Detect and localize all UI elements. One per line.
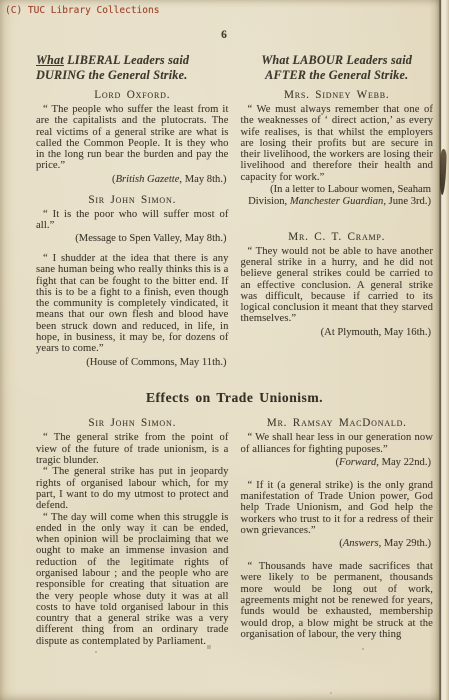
- quote-macdonald-3: “ Thousands have made sacrifices that we…: [241, 561, 434, 640]
- attribution-british-gazette: (British Gazette, May 8th.): [36, 174, 227, 186]
- quote-cramp: “ They would not be able to have another…: [241, 246, 434, 325]
- liberal-heading: What LIBERAL Leaders said DURING the Gen…: [36, 53, 229, 82]
- attribution-spen-valley: (Message to Spen Valley, May 8th.): [36, 233, 227, 245]
- liberal-heading-line2: DURING the General Strike.: [36, 68, 229, 83]
- column-effects-simon: Sir John Simon. “ The general strike fro…: [36, 414, 229, 647]
- column-effects-macdonald: Mr. Ramsay MacDonald. “ We shall hear le…: [241, 414, 434, 640]
- attribution-house-of-commons: (House of Commons, May 11th.): [36, 357, 227, 369]
- quote-macdonald-1: “ We shall hear less in our generation n…: [241, 432, 434, 455]
- quote-simon-2: “ I shudder at the idea that there is an…: [36, 253, 229, 355]
- attribution-answers: (Answers, May 29th.): [241, 538, 432, 550]
- quote-simon-1: “ It is the poor who will suffer most of…: [36, 209, 229, 232]
- quote-oxford: “ The people who suffer the least from i…: [36, 104, 229, 172]
- speaker-mr-cramp: Mr. C. T. Cramp.: [241, 231, 434, 243]
- scanned-pamphlet-page: (C) TUC Library Collections 6 What LIBER…: [0, 0, 449, 700]
- quote-simon-effects-2: “ The general strike has put in jeopardy…: [36, 466, 229, 511]
- quote-webb: “ We must always remember that one of th…: [241, 104, 434, 183]
- column-liberal: What LIBERAL Leaders said DURING the Gen…: [36, 53, 229, 374]
- speaker-mrs-sidney-webb: Mrs. Sidney Webb.: [241, 89, 434, 101]
- speaker-ramsay-macdonald: Mr. Ramsay MacDonald.: [241, 417, 434, 429]
- library-watermark: (C) TUC Library Collections: [5, 6, 159, 16]
- quote-macdonald-2: “ If it (a general strike) is the only g…: [241, 480, 434, 536]
- attribution-forward: (Forward, May 22nd.): [241, 457, 432, 469]
- speaker-simon-effects: Sir John Simon.: [36, 417, 229, 429]
- quote-simon-effects-3: “ The day will come when this struggle i…: [36, 512, 229, 648]
- quote-simon-effects-1: “ The general strike from the point of v…: [36, 432, 229, 466]
- attribution-manchester-guardian: (In a letter to Labour women, Seaham Div…: [241, 184, 432, 208]
- speaker-sir-john-simon: Sir John Simon.: [36, 194, 229, 206]
- page-content: What LIBERAL Leaders said DURING the Gen…: [0, 41, 449, 647]
- liberal-heading-line1: What LIBERAL Leaders said: [36, 53, 229, 68]
- section-heading-effects: Effects on Trade Unionism.: [36, 390, 433, 406]
- labour-heading-line2: AFTER the General Strike.: [241, 68, 434, 83]
- column-labour: What LABOUR Leaders said AFTER the Gener…: [241, 53, 434, 345]
- labour-heading: What LABOUR Leaders said AFTER the Gener…: [241, 53, 434, 82]
- speaker-lord-oxford: Lord Oxford.: [36, 89, 229, 101]
- attribution-plymouth: (At Plymouth, May 16th.): [241, 327, 432, 339]
- labour-heading-line1: What LABOUR Leaders said: [241, 53, 434, 68]
